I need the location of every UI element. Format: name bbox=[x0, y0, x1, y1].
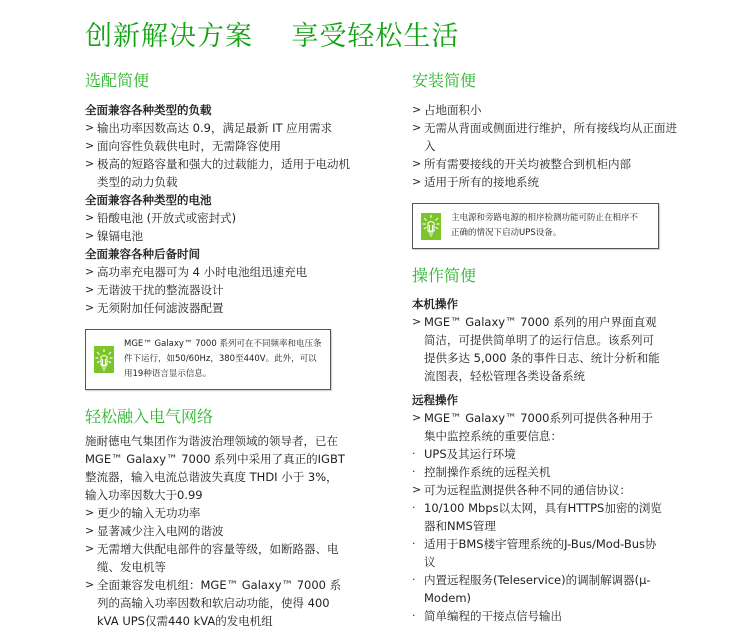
list-item: >铅酸电池 (开放式或密封式) bbox=[85, 209, 375, 227]
page-title: 创新解决方案 享受轻松生活 bbox=[85, 14, 459, 53]
list-item: >极高的短路容量和强大的过载能力，适用于电动机类型的动力负载 bbox=[85, 155, 350, 191]
lightbulb-icon bbox=[421, 213, 441, 240]
list-item: >无谐波干扰的整流器设计 bbox=[85, 281, 375, 299]
list-item: >输出功率因数高达 0.9，满足最新 IT 应用需求 bbox=[85, 119, 375, 137]
list-item: >无需从背面或侧面进行维护，所有接线均从正面进入 bbox=[412, 119, 687, 155]
section-title-installation: 安装简便 bbox=[412, 70, 702, 92]
list-item: >更少的输入无功功率 bbox=[85, 504, 375, 522]
sub-heading-loads: 全面兼容各种类型的负载 bbox=[85, 101, 375, 119]
list-item: >适用于所有的接地系统 bbox=[412, 173, 702, 191]
list-item: ·内置远程服务(Teleservice)的调制解调器(μ-Modem) bbox=[412, 571, 652, 607]
left-column: 选配简便 全面兼容各种类型的负载 >输出功率因数高达 0.9，满足最新 IT 应… bbox=[85, 70, 375, 630]
list-item: ·控制操作系统的远程关机 bbox=[412, 463, 702, 481]
list-item: ·UPS及其运行环境 bbox=[412, 445, 702, 463]
list-item: ·适用于BMS楼宇管理系统的J-Bus/Mod-Bus协议 bbox=[412, 535, 667, 571]
list-item: >显著减少注入电网的谐波 bbox=[85, 522, 375, 540]
list-item: >MGE™ Galaxy™ 7000 系列的用户界面直观简洁，可提供简单明了的运… bbox=[412, 313, 662, 385]
sub-heading-backup-time: 全面兼容各种后备时间 bbox=[85, 245, 375, 263]
list-item: >无需增大供配电部件的容量等级，如断路器、电缆、发电机等 bbox=[85, 540, 345, 576]
section-title-operation: 操作简便 bbox=[412, 265, 702, 287]
list-item: >镍镉电池 bbox=[85, 227, 375, 245]
list-item: >高功率充电器可为 4 小时电池组迅速充电 bbox=[85, 263, 375, 281]
note-text: 主电源和旁路电源的相序检测功能可防止在相序不正确的情况下启动UPS设备。 bbox=[451, 211, 641, 241]
list-item: >可为远程监测提供各种不同的通信协议： bbox=[412, 481, 702, 499]
paragraph-harmonics: 施耐德电气集团作为谐波治理领域的领导者，已在 MGE™ Galaxy™ 7000… bbox=[85, 432, 345, 504]
list-item: >占地面积小 bbox=[412, 101, 702, 119]
note-text: MGE™ Galaxy™ 7000 系列可在不同频率和电压条件下运行，如50/6… bbox=[124, 337, 322, 382]
lightbulb-icon bbox=[94, 346, 114, 373]
list-item: >所有需要接线的开关均被整合到机柜内部 bbox=[412, 155, 702, 173]
list-item: >面向容性负载供电时，无需降容使用 bbox=[85, 137, 375, 155]
section-title-grid-integration: 轻松融入电气网络 bbox=[85, 406, 375, 428]
right-column: 安装简便 >占地面积小 >无需从背面或侧面进行维护，所有接线均从正面进入 >所有… bbox=[412, 70, 702, 625]
note-box-phase-detection: 主电源和旁路电源的相序检测功能可防止在相序不正确的情况下启动UPS设备。 bbox=[412, 203, 659, 249]
section-title-selection: 选配简便 bbox=[85, 70, 375, 92]
list-item: >无须附加任何滤波器配置 bbox=[85, 299, 375, 317]
note-box-frequency: MGE™ Galaxy™ 7000 系列可在不同频率和电压条件下运行，如50/6… bbox=[85, 329, 331, 390]
list-item: ·简单编程的干接点信号输出 bbox=[412, 607, 702, 625]
list-item: >MGE™ Galaxy™ 7000系列可提供各种用于集中监控系统的重要信息： bbox=[412, 409, 662, 445]
sub-heading-batteries: 全面兼容各种类型的电池 bbox=[85, 191, 375, 209]
list-item: >全面兼容发电机组：MGE™ Galaxy™ 7000 系列的高输入功率因数和软… bbox=[85, 576, 343, 630]
sub-heading-local-operation: 本机操作 bbox=[412, 295, 702, 313]
list-item: ·10/100 Mbps以太网，具有HTTPS加密的浏览器和NMS管理 bbox=[412, 499, 662, 535]
sub-heading-remote-operation: 远程操作 bbox=[412, 391, 702, 409]
